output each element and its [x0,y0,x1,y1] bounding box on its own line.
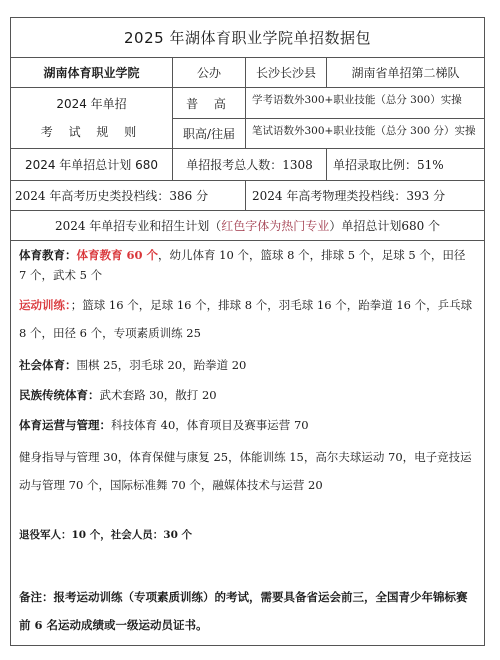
major-group-items: 科技体育 40，体育项目及赛事运营 70 [111,418,309,432]
plan-header-legend: 红色字体为热门专业 [221,217,329,234]
school-name: 湖南体育职业学院 [11,58,173,88]
major-group-label: 运动训练： [19,298,71,312]
exam-category-vocational: 职高/往届 [173,119,246,149]
major-group-items: 围棋 25，羽毛球 20，跆拳道 20 [77,358,247,372]
plan-header-suffix: ）单招总计划680 个 [329,217,440,234]
physics-score-line: 2024 年高考物理类投档线：393 分 [246,181,484,211]
spacer [19,499,476,525]
hot-major: 体育教育 60 个 [77,248,159,262]
majors-section: 体育教育：体育教育 60 个，幼儿体育 10 个，篮球 8 个，排球 5 个，足… [11,241,484,643]
admission-ratio: 单招录取比例：51% [327,149,484,181]
plan-header-prefix: 2024 年单招专业和招生计划（ [55,217,221,234]
special-quota: 退役军人：10 个，社会人员：30 个 [19,525,476,545]
major-group-label: 社会体育： [19,358,77,372]
major-group-label: 体育教育： [19,248,77,262]
school-type: 公办 [173,58,246,88]
exam-rules-label-line1: 2024 年单招 [56,90,126,118]
exam-category-general: 普 高 [173,88,246,119]
exam-rules-label-line2: 考 试 规 则 [41,118,142,146]
major-group-social-sports: 社会体育：围棋 25，羽毛球 20，跆拳道 20 [19,353,476,377]
exam-rule-vocational: 笔试语数外300+职业技能（总分 300 分）实操 [246,119,484,149]
major-group-label: 体育运营与管理： [19,418,111,432]
major-group-traditional-sports: 民族传统体育：武术套路 30，散打 20 [19,383,476,407]
enrollment-plan-header: 2024 年单招专业和招生计划（红色字体为热门专业）单招总计划680 个 [11,211,484,241]
exam-rules-label: 2024 年单招 考 试 规 则 [11,88,173,149]
other-majors: 健身指导与管理 30，体育保健与康复 25，体能训练 15，高尔夫球运动 70，… [19,443,476,499]
page-title: 2025 年湖体育职业学院单招数据包 [11,18,484,58]
admissions-data-sheet: 2025 年湖体育职业学院单招数据包 湖南体育职业学院 公办 长沙长沙县 湖南省… [10,17,485,646]
major-group-items: 武术套路 30，散打 20 [100,388,217,402]
total-plan: 2024 年单招总计划 680 [11,149,173,181]
spacer [19,545,476,583]
applicant-count: 单招报考总人数：1308 [173,149,327,181]
school-location: 长沙长沙县 [246,58,327,88]
major-group-sports-management: 体育运营与管理：科技体育 40，体育项目及赛事运营 70 [19,413,476,437]
major-group-items: ；篮球 16 个，足球 16 个，排球 8 个，羽毛球 16 个，跆拳道 16 … [19,298,472,340]
major-group-sports-training: 运动训练：；篮球 16 个，足球 16 个，排球 8 个，羽毛球 16 个，跆拳… [19,291,476,347]
major-group-label: 民族传统体育： [19,388,100,402]
history-score-line: 2024 年高考历史类投档线：386 分 [11,181,246,211]
remarks-note: 备注：报考运动训练（专项素质训练）的考试，需要具备省运会前三，全国青少年锦标赛前… [19,583,476,639]
exam-rule-general: 学考语数外300+职业技能（总分 300）实操 [246,88,484,119]
major-group-pe-education: 体育教育：体育教育 60 个，幼儿体育 10 个，篮球 8 个，排球 5 个，足… [19,245,476,285]
school-tier: 湖南省单招第二梯队 [327,58,484,88]
